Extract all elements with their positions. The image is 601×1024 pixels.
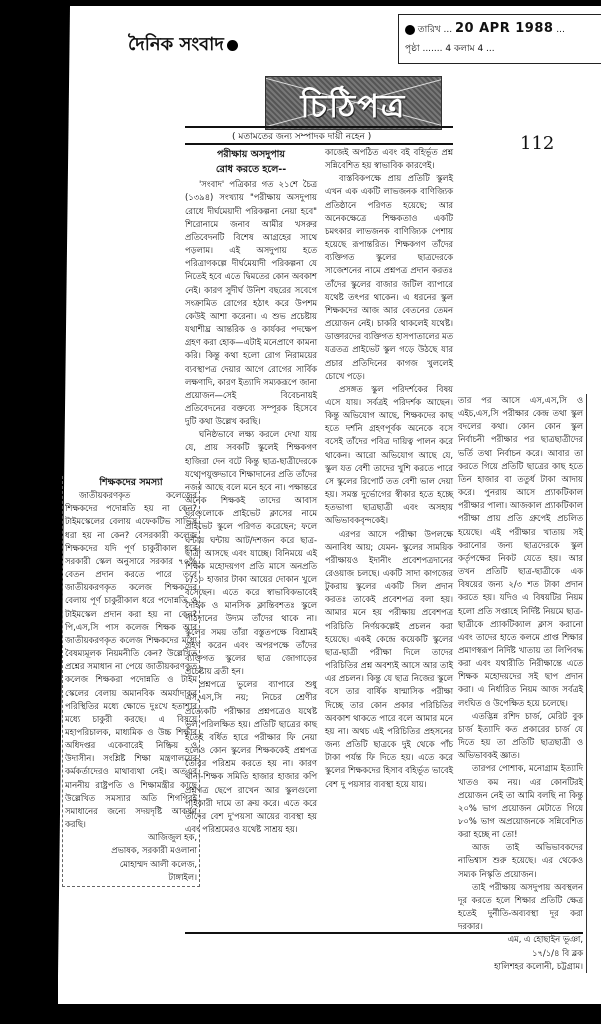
section-banner: চিঠিপত্র (265, 76, 442, 130)
letter-paragraph: তারপর পোশাক, মনোগ্রাম ইত্যাদি খাতও কম নয… (458, 762, 583, 841)
letter-title: পরীক্ষায় অসদুপায় (185, 148, 317, 161)
stamp-page-label: পৃষ্ঠা (405, 44, 420, 54)
stamp-page-value: 4 (445, 44, 451, 54)
letter-paragraph: 'সংবাদ' পত্রিকার গত ২১শে চৈত্র (১৩৯৪) সং… (185, 178, 317, 428)
letter-paragraph: আজ তাই অভিভাবকদের নাভিশ্বাস শুরু হয়েছে।… (458, 841, 583, 880)
stamp-date-label: তারিখ (418, 25, 441, 35)
stamp-column-value: 4 (477, 44, 483, 54)
letter-paragraph: ঘনিষ্ঠভাবে লক্ষ্য করলে দেখা যায় যে, প্র… (185, 428, 317, 678)
letter-paragraph: কাজেই অপঠিত এবং বই বহির্ভূত প্রশ্ন সন্নি… (325, 146, 453, 172)
page-number: 112 (520, 133, 554, 154)
letter-teachers: শিক্ষকদের সমস্যা জাতীয়করণকৃত কলেজের শিক… (62, 476, 200, 887)
letter-signature: আজিজুল হক, (65, 831, 197, 844)
letter-exam-column-1: পরীক্ষায় অসদুপায় রোধ করতে হলে-- 'সংবাদ… (185, 146, 317, 836)
editor-disclaimer: ( মতামতের জন্য সম্পাদক দায়ী নহেন ) (232, 129, 371, 144)
scan-border (0, 1004, 601, 1024)
letter-title: রোধ করতে হলে-- (185, 163, 317, 176)
stamp-column-label: কলাম (454, 44, 475, 54)
letter-title: শিক্ষকদের সমস্যা (65, 476, 197, 489)
masthead-name: দৈনিক সংবাদ (128, 34, 224, 55)
letter-paragraph: এতদ্ভিন্ন রশিদ চার্জ, মেরিট বুক চার্জ ইত… (458, 710, 583, 763)
letter-paragraph: বাস্তবিকপক্ষে প্রায় প্রতিটি স্কুলই এখন … (325, 172, 453, 383)
letter-signature: প্রভাষক, সরকারী মওলানা (65, 844, 197, 857)
letter-signature: মোহাম্মদ আলী কলেজ, (65, 858, 197, 871)
letter-signature: হালিশহর কলোনী, চট্টগ্রাম। (458, 960, 583, 973)
letter-signature: ১৭/১/৪ বি ব্লক (458, 947, 583, 960)
divider (185, 143, 453, 145)
letter-paragraph: জাতীয়করণকৃত কলেজের শিক্ষকদের পদোন্নতি হ… (65, 489, 197, 831)
ink-blot-icon (405, 25, 415, 35)
archive-stamp: তারিখ ... 20 APR 1988 ... পৃষ্ঠা .......… (398, 14, 601, 64)
letter-paragraph: প্রসঙ্গত স্কুল পরিদর্শকের বিষয় এসে যায়… (325, 383, 453, 528)
letter-signature: টাঙ্গাইল। (65, 871, 197, 884)
letter-paragraph: প্রশ্নপত্রে ভুলের ব্যাপারে শুধু এস,এস,সি… (185, 678, 317, 836)
letter-exam-column-3: তার পর আসে এস,এস,সি ও এইচ,এস,সি পরীক্ষার… (458, 394, 587, 973)
section-title: চিঠিপত্র (266, 81, 441, 130)
letter-paragraph: তাই পরীক্ষায় অসদুপায় অবস্থলন দূর করতে … (458, 881, 583, 934)
letter-signature: এম, এ হোছাইন ভূঞা, (458, 933, 583, 946)
letter-exam-column-2: কাজেই অপঠিত এবং বই বহির্ভূত প্রশ্ন সন্নি… (325, 146, 453, 791)
letter-paragraph: তার পর আসে এস,এস,সি ও এইচ,এস,সি পরীক্ষার… (458, 394, 583, 710)
newspaper-masthead: দৈনিক সংবাদ (128, 30, 238, 61)
bullet-dot-icon (227, 40, 238, 51)
letter-paragraph: এরপর আসে পরীক্ষা উপলক্ষে অনাবিধ আয়; যেম… (325, 528, 453, 791)
divider (185, 932, 583, 934)
divider (185, 126, 453, 128)
stamp-date-value: 20 APR 1988 (455, 21, 553, 36)
